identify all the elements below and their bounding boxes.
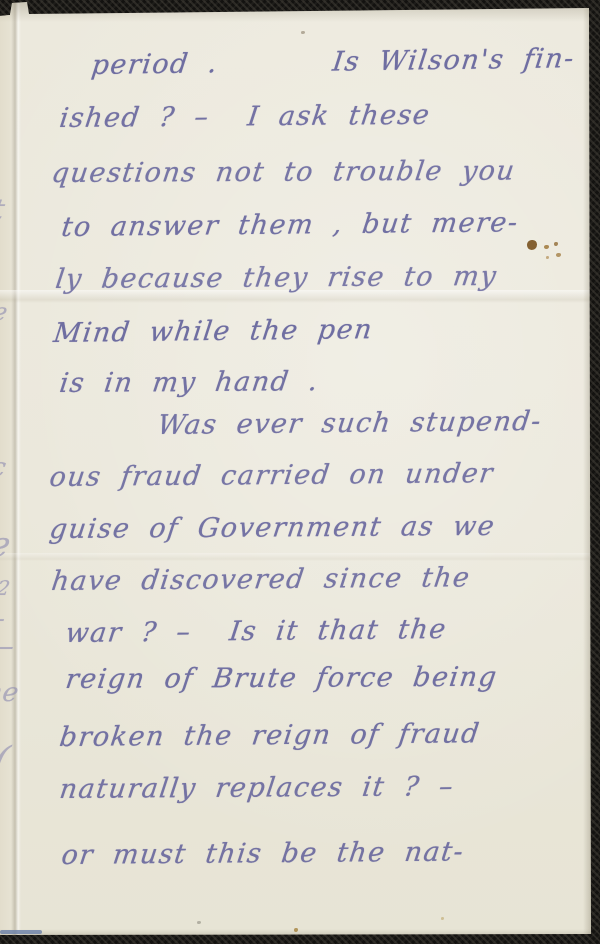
blue-paper-edge-sliver — [0, 930, 42, 934]
paper-stain-spot — [441, 917, 444, 920]
manuscript-line: reign of Brute force being — [64, 664, 499, 693]
manuscript-line: have discovered since the — [50, 564, 472, 595]
paper-stain-spot — [546, 256, 549, 259]
letter-paper-sheet: period . Is Wilson's fin-ished ? – I ask… — [0, 0, 600, 944]
manuscript-line: to answer them , but mere- — [60, 209, 520, 241]
paper-stain-spot — [554, 242, 558, 246]
manuscript-line: Mind while the pen — [52, 316, 375, 347]
manuscript-line: naturally replaces it ? – — [58, 773, 456, 803]
manuscript-line: ished ? – I ask these — [58, 102, 432, 132]
vertical-fold-crease — [11, 0, 21, 944]
manuscript-line: broken the reign of fraud — [58, 720, 482, 751]
paper-stain-spot — [197, 921, 201, 924]
manuscript-line: ly because they rise to my — [54, 263, 499, 293]
manuscript-line: ous fraud carried on under — [48, 460, 496, 491]
paper-stain-spot — [527, 240, 537, 250]
horizontal-fold-band-lower — [0, 553, 600, 561]
manuscript-line: war ? – Is it that the — [64, 616, 449, 647]
paper-stain-spot — [301, 31, 305, 34]
manuscript-line: period . Is Wilson's fin- — [90, 45, 577, 79]
manuscript-line: Was ever such stupend- — [156, 408, 544, 439]
paper-stain-spot — [556, 253, 561, 257]
manuscript-line: guise of Government as we — [48, 513, 497, 543]
manuscript-line: questions not to trouble you — [50, 158, 517, 187]
manuscript-line: is in my hand . — [58, 368, 321, 397]
scanned-letter-page: { "document": { "description": "Scanned … — [0, 0, 600, 944]
paper-stain-spot — [544, 245, 549, 249]
manuscript-line: or must this be the nat- — [60, 838, 466, 869]
